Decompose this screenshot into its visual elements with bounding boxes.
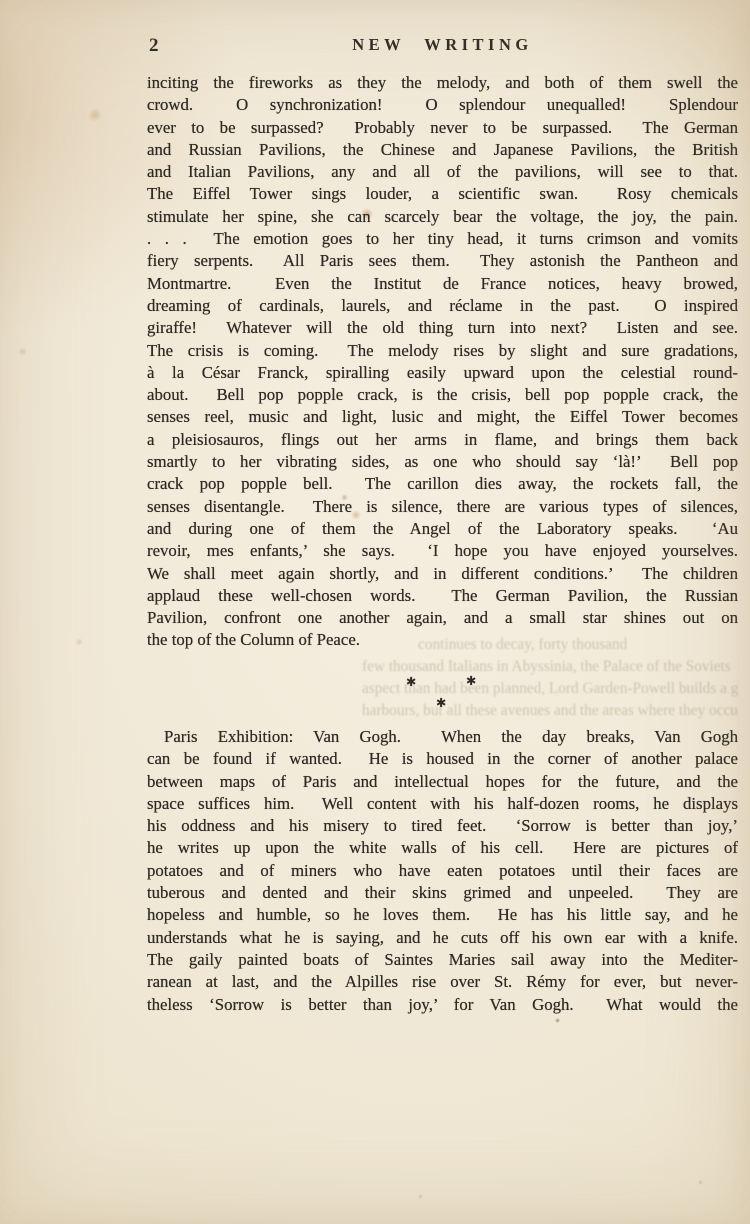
text-line: a pleisiosauros, flings out her arms in … [147,429,738,451]
text-line: tuberous and dented and their skins grim… [147,882,738,904]
text-line: between maps of Paris and intellectual h… [147,771,738,793]
text-line: understands what he is saying, and he cu… [147,927,738,949]
text-line: The gaily painted boats of Saintes Marie… [147,949,738,971]
asterisk-icon: ✱ [406,674,416,689]
text-line: Montmartre. Even the Institut de France … [147,273,738,295]
foxing-spot [418,1194,423,1199]
text-line: crowd. O synchronization! O splendour un… [147,94,738,116]
text-line: and Russian Pavilions, the Chinese and J… [147,139,738,161]
foxing-spot [75,638,83,646]
text-line: and Italian Pavilions, any and all of th… [147,161,738,183]
page-header: 2 NEW WRITING [147,35,738,57]
foxing-spot [555,1018,560,1023]
text-line: Pavilion, confront one another again, an… [147,607,738,629]
asterisk-icon: ✱ [436,695,446,710]
page-number: 2 [149,35,159,57]
text-line: smartly to her vibrating sides, as one w… [147,451,738,473]
text-line: We shall meet again shortly, and in diff… [147,563,738,585]
text-line: ever to be surpassed? Probably never to … [147,117,738,139]
text-line: his oddness and his misery to tired feet… [147,815,738,837]
text-line: the top of the Column of Peace. [147,629,738,651]
text-line: . . . The emotion goes to her tiny head,… [147,228,738,250]
text-line: applaud these well-chosen words. The Ger… [147,585,738,607]
text-line: and during one of them the Angel of the … [147,518,738,540]
text-line: ranean at last, and the Alpilles rise ov… [147,971,738,993]
text-line: The Eiffel Tower sings louder, a scienti… [147,183,738,205]
text-line: Paris Exhibition: Van Gogh. When the day… [147,726,738,748]
text-line: he writes up upon the white walls of his… [147,837,738,859]
text-line: giraffe! Whatever will the old thing tur… [147,317,738,339]
text-line: stimulate her spine, she can scarcely be… [147,206,738,228]
text-line: dreaming of cardinals, laurels, and récl… [147,295,738,317]
paragraph-paris-fireworks: inciting the fireworks as they the melod… [147,72,738,652]
text-line: senses disentangle. There is silence, th… [147,496,738,518]
asterisk-separator: ✱ ✱ ✱ [147,672,738,718]
text-line: à la César Franck, spiralling easily upw… [147,362,738,384]
text-line: theless ‘Sorrow is better than joy,’ for… [147,994,738,1016]
text-line: The crisis is coming. The melody rises b… [147,340,738,362]
foxing-spot [88,108,102,122]
text-line: crack pop popple bell. The carillon dies… [147,473,738,495]
running-title: NEW WRITING [147,35,738,55]
text-line: fiery serpents. All Paris sees them. The… [147,250,738,272]
text-line: potatoes and of miners who have eaten po… [147,860,738,882]
asterisk-icon: ✱ [466,673,476,688]
foxing-spot [698,1180,703,1185]
text-line: space suffices him. Well content with hi… [147,793,738,815]
text-line: about. Bell pop popple crack, is the cri… [147,384,738,406]
text-line: can be found if wanted. He is housed in … [147,748,738,770]
text-line: senses reel, music and light, lusic and … [147,406,738,428]
text-line: hopeless and humble, so he loves them. H… [147,904,738,926]
paragraph-van-gogh: Paris Exhibition: Van Gogh. When the day… [147,726,738,1016]
text-line: revoir, mes enfants,’ she says. ‘I hope … [147,540,738,562]
text-line: inciting the fireworks as they the melod… [147,72,738,94]
book-page: 2 NEW WRITING inciting the fireworks as … [0,0,750,1224]
foxing-spot [18,347,27,356]
